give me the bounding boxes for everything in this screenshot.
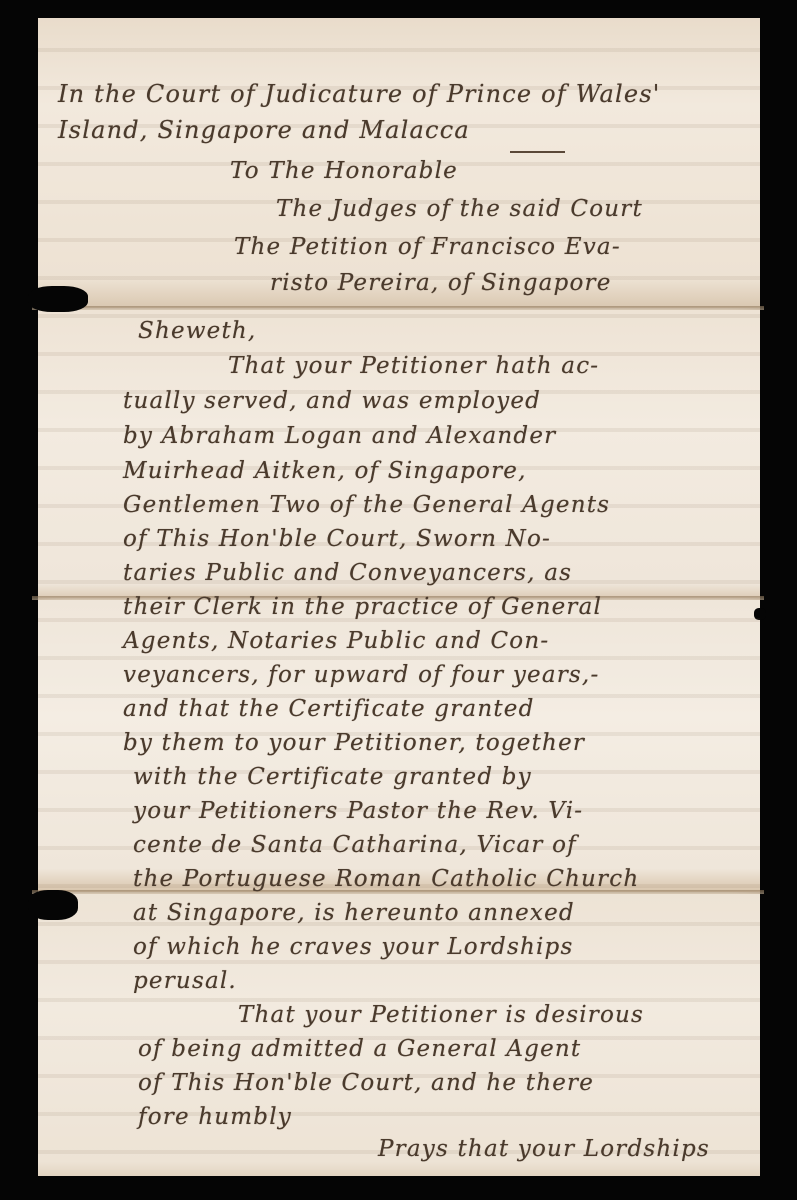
- body-line: Muirhead Aitken, of Singapore,: [123, 458, 527, 484]
- prayer-line: Prays that your Lordships: [378, 1136, 710, 1162]
- heading-line: Island, Singapore and Malacca: [58, 116, 470, 144]
- body-line: by Abraham Logan and Alexander: [123, 423, 556, 449]
- body-line: cente de Santa Catharina, Vicar of: [133, 832, 577, 858]
- heading-line: In the Court of Judicature of Prince of …: [58, 80, 661, 108]
- body-line: the Portuguese Roman Catholic Church: [133, 866, 639, 892]
- body-line: tually served, and was employed: [123, 388, 541, 414]
- body-line: fore humbly: [138, 1104, 292, 1130]
- body-line: That your Petitioner is desirous: [238, 1002, 644, 1028]
- body-line: your Petitioners Pastor the Rev. Vi-: [133, 798, 583, 824]
- handwritten-text: In the Court of Judicature of Prince of …: [38, 18, 760, 1176]
- body-line: That your Petitioner hath ac-: [228, 353, 599, 379]
- salutation: Sheweth,: [138, 318, 256, 344]
- address-line: risto Pereira, of Singapore: [270, 270, 612, 296]
- body-line: veyancers, for upward of four years,-: [123, 662, 599, 688]
- body-line: and that the Certificate granted: [123, 696, 535, 722]
- address-line: To The Honorable: [230, 158, 458, 184]
- address-line: The Judges of the said Court: [276, 196, 643, 222]
- body-line: Gentlemen Two of the General Agents: [123, 492, 610, 518]
- body-line: at Singapore, is hereunto annexed: [133, 900, 575, 926]
- body-line: of This Hon'ble Court, and he there: [138, 1070, 594, 1096]
- body-line: their Clerk in the practice of General: [123, 594, 602, 620]
- body-line: by them to your Petitioner, together: [123, 730, 585, 756]
- body-line: of being admitted a General Agent: [138, 1036, 581, 1062]
- body-line: Agents, Notaries Public and Con-: [123, 628, 549, 654]
- body-line: with the Certificate granted by: [133, 764, 532, 790]
- body-line: perusal.: [133, 968, 237, 994]
- underline-rule: [510, 151, 565, 153]
- body-line: of which he craves your Lordships: [133, 934, 573, 960]
- document-sheet: In the Court of Judicature of Prince of …: [38, 18, 760, 1176]
- body-line: of This Hon'ble Court, Sworn No-: [123, 526, 551, 552]
- body-line: taries Public and Conveyancers, as: [123, 560, 572, 586]
- address-line: The Petition of Francisco Eva-: [234, 234, 621, 260]
